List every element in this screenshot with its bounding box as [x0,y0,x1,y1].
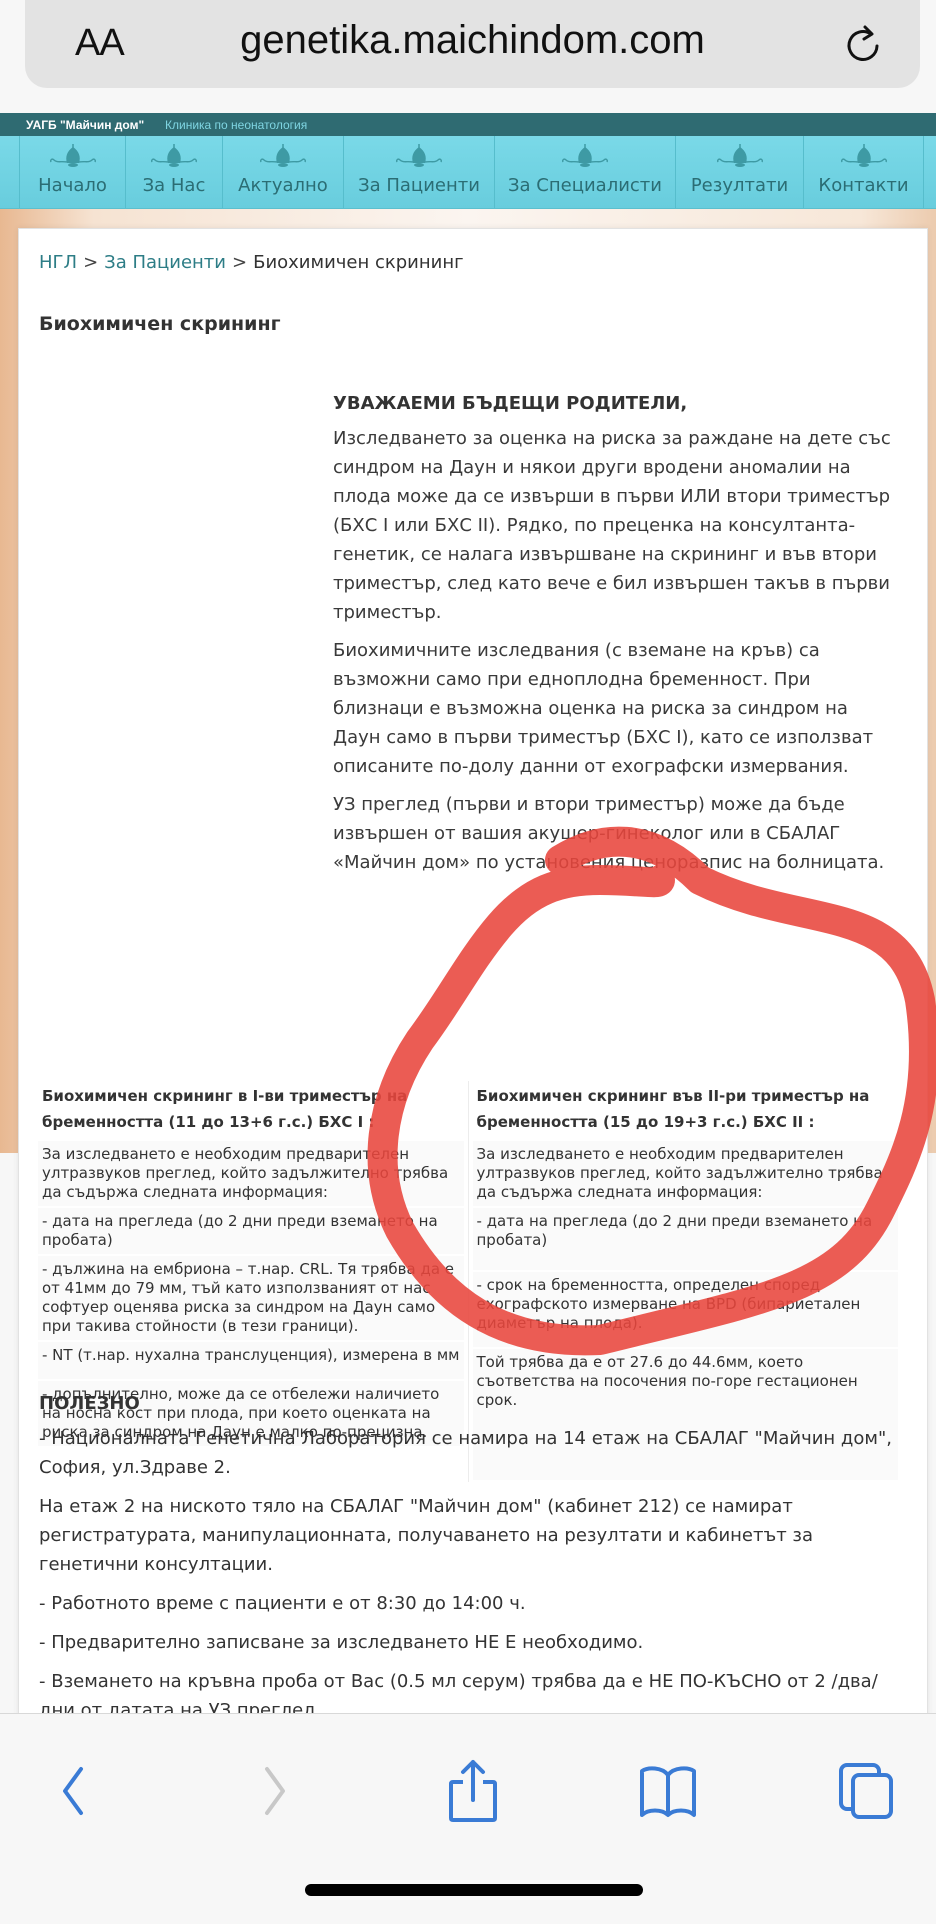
intro-section: УВАЖАЕМИ БЪДЕЩИ РОДИТЕЛИ, Изследването з… [333,389,893,886]
nav-item-label: Актуално [238,175,328,196]
bookmarks-icon [636,1763,700,1819]
first-trimester-item: - NT (т.нар. нухална транслуценция), изм… [38,1342,464,1379]
crown-ornament-icon [45,143,101,169]
first-trimester-item: - дата на прегледа (до 2 дни преди взема… [38,1208,464,1254]
nav-item-label: Резултати [691,175,788,196]
nav-item-label: За Специалисти [508,175,662,196]
useful-paragraph: - Работното време с пациенти е от 8:30 д… [39,1589,909,1618]
second-trimester-item: За изследването е необходим предварителе… [473,1141,899,1206]
url-field[interactable]: genetika.maichindom.com [25,18,920,63]
second-trimester-item: - дата на прегледа (до 2 дни преди взема… [473,1208,899,1270]
nav-item-label: Начало [38,175,107,196]
breadcrumb-current: Биохимичен скрининг [253,252,463,273]
nav-item-news[interactable]: Актуално [223,136,344,208]
share-button[interactable] [438,1756,508,1826]
forward-icon [255,1763,295,1819]
breadcrumb-home-link[interactable]: НГЛ [39,252,77,273]
first-trimester-item: За изследването е необходим предварителе… [38,1141,464,1206]
home-indicator[interactable] [305,1884,643,1896]
back-button[interactable] [38,1756,108,1826]
intro-paragraph: Изследването за оценка на риска за ражда… [333,424,893,627]
breadcrumb: НГЛ>За Пациенти>Биохимичен скрининг [39,252,464,273]
intro-paragraph: УЗ преглед (първи и втори триместър) мож… [333,790,893,877]
site-top-strip: УАГБ "Майчин дом" Клиника по неонатологи… [0,113,936,136]
tabs-button[interactable] [832,1756,902,1826]
content-card: НГЛ>За Пациенти>Биохимичен скрининг Биох… [18,228,928,1713]
nav-item-contacts[interactable]: Контакти [804,136,924,208]
useful-paragraph: - Националната Генетична Лаборатория се … [39,1424,909,1482]
browser-bottom-toolbar [0,1713,936,1924]
tabs-icon [837,1761,897,1821]
useful-paragraph: - Предварително записване за изследванет… [39,1628,909,1657]
crown-ornament-icon [712,143,768,169]
address-bar[interactable]: AA genetika.maichindom.com [25,0,920,88]
useful-paragraph: - Вземането на кръвна проба от Вас (0.5 … [39,1667,909,1713]
share-icon [445,1758,501,1824]
back-icon [53,1763,93,1819]
intro-paragraph: Биохимичните изследвания (с вземане на к… [333,636,893,781]
crown-ornament-icon [146,143,202,169]
forward-button[interactable] [240,1756,310,1826]
nav-item-patients[interactable]: За Пациенти [344,136,495,208]
nav-edge [0,136,20,208]
useful-section: ПОЛЕЗНО - Националната Генетична Лаборат… [39,1389,909,1713]
nav-item-label: Контакти [818,175,908,196]
nav-item-results[interactable]: Резултати [676,136,804,208]
useful-heading: ПОЛЕЗНО [39,1389,909,1418]
useful-paragraph: На етаж 2 на ниското тяло на СБАЛАГ "Май… [39,1492,909,1579]
second-trimester-item: - срок на бременността, определен според… [473,1272,899,1347]
page-title: Биохимичен скрининг [39,313,281,335]
second-trimester-heading: Биохимичен скрининг във II-ри триместър … [473,1081,899,1141]
breadcrumb-separator: > [83,252,98,273]
clinic-link[interactable]: Клиника по неонатология [165,118,307,132]
org-name: УАГБ "Майчин дом" [26,118,144,132]
nav-item-specialists[interactable]: За Специалисти [495,136,676,208]
web-page: УАГБ "Майчин дом" Клиника по неонатологи… [0,113,936,1713]
browser-top-bar: AA genetika.maichindom.com [0,0,936,113]
crown-ornament-icon [557,143,613,169]
nav-item-label: За Нас [143,175,206,196]
nav-item-label: За Пациенти [358,175,480,196]
breadcrumb-patients-link[interactable]: За Пациенти [104,252,226,273]
crown-ornament-icon [391,143,447,169]
breadcrumb-separator: > [232,252,247,273]
first-trimester-item: - дължина на ембриона – т.нар. CRL. Тя т… [38,1256,464,1340]
crown-ornament-icon [836,143,892,169]
intro-heading: УВАЖАЕМИ БЪДЕЩИ РОДИТЕЛИ, [333,389,893,418]
nav-item-home[interactable]: Начало [20,136,126,208]
bookmarks-button[interactable] [633,1756,703,1826]
nav-item-about[interactable]: За Нас [126,136,223,208]
first-trimester-heading: Биохимичен скрининг в I-ви триместър на … [38,1081,464,1141]
main-nav: Начало За Нас Актуално За Пациенти За Сп… [0,136,936,209]
crown-ornament-icon [255,143,311,169]
reload-icon[interactable] [841,22,885,66]
